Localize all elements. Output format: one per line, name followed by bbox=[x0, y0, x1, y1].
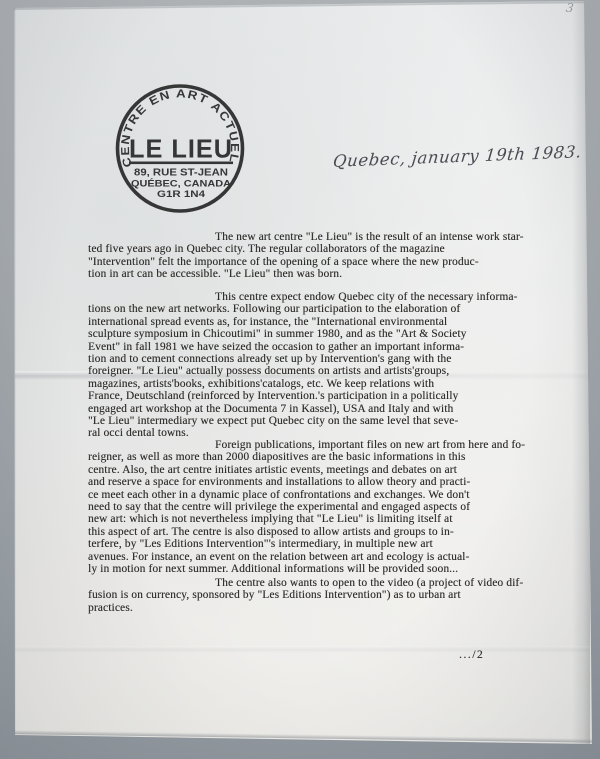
handwritten-date: Quebec, january 19th 1983. bbox=[332, 142, 584, 171]
stamp-address-line3: G1R 1N4 bbox=[157, 189, 206, 200]
letter-paragraph-2: This centre expect endow Quebec city of … bbox=[88, 291, 566, 440]
paper-bottom-edge bbox=[10, 730, 596, 743]
fold-crease-lower bbox=[15, 646, 589, 653]
photo-background: 3 CENTRE EN ART ACTUEL LE LIEU 89, RUE S… bbox=[0, 0, 600, 759]
stamp-address-line1: 89, RUE ST-JEAN bbox=[134, 168, 228, 179]
pencil-page-number: 3 bbox=[565, 1, 574, 16]
stamp-name-underline bbox=[129, 162, 233, 165]
le-lieu-stamp: CENTRE EN ART ACTUEL LE LIEU 89, RUE ST-… bbox=[111, 81, 249, 218]
stamp-address-line2: QUÉBEC, CANADA bbox=[131, 179, 231, 190]
stamp-name: LE LIEU bbox=[129, 134, 233, 164]
paper-right-edge-shadow bbox=[572, 0, 590, 746]
letter-paragraph-4: The centre also wants to open to the vid… bbox=[88, 577, 566, 614]
letter-page: 3 CENTRE EN ART ACTUEL LE LIEU 89, RUE S… bbox=[0, 0, 600, 759]
letter-paragraph-3: Foreign publications, important files on… bbox=[88, 439, 566, 575]
paper-left-edge bbox=[13, 6, 16, 736]
paper-top-edge bbox=[14, 1, 586, 10]
letter-paragraph-1: The new art centre "Le Lieu" is the resu… bbox=[88, 231, 566, 281]
page-continuation-mark: .../2 bbox=[459, 648, 484, 661]
